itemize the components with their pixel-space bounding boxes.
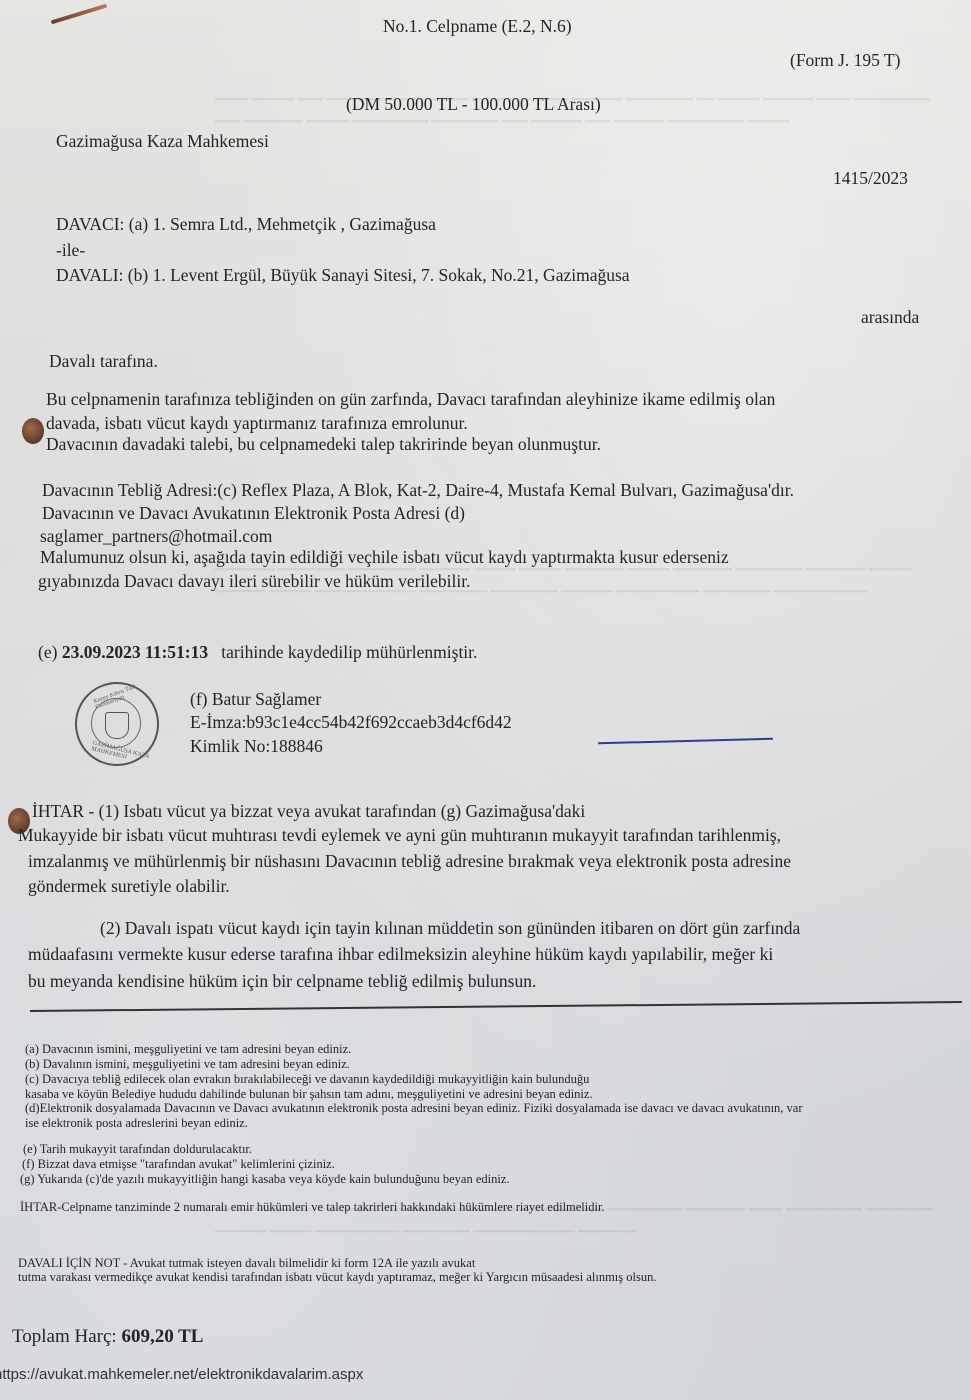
footnote: (g) Yukarıda (c)'de yazılı mukayyitliğin… [20,1172,510,1187]
footnote: ise elektronik posta adreslerini beyan e… [25,1116,248,1131]
summons-paragraph-line: Bu celpnamenin tarafınıza tebliğinden on… [46,389,775,410]
document-title: No.1. Celpname (E.2, N.6) [383,16,572,37]
court-name: Gazimağusa Kaza Mahkemesi [56,131,269,152]
footnote: (a) Davacının ismini, meşguliyetini ve t… [25,1042,351,1057]
amount-range: (DM 50.000 TL - 100.000 TL Arası) [346,94,601,115]
plaintiff: DAVACI: (a) 1. Semra Ltd., Mehmetçik , G… [56,214,436,235]
registration-prefix: (e) [38,642,57,662]
shield-icon [105,712,129,739]
email-address: saglamer_partners@hotmail.com [40,526,272,547]
defendant-note: DAVALI İÇİN NOT - Avukat tutmak isteyen … [18,1256,475,1271]
signature-line [598,738,773,744]
notice-paragraph-2-line: müdaafasını vermekte kusur ederse tarafı… [28,944,773,965]
default-warning-line: Malumunuz olsun ki, aşağıda tayin edildi… [40,547,729,568]
signatory-name: (f) Batur Sağlamer [190,689,321,710]
notice-line: imzalanmış ve mühürlenmiş bir nüshasını … [28,851,791,872]
footnote: (d)Elektronik dosyalamada Davacının ve D… [25,1101,803,1116]
total-fee-label: Toplam Harç: [12,1326,117,1347]
e-signature-hash: E-İmza:b93c1e4cc54b42f692ccaeb3d4cf6d42 [190,712,512,733]
defendant: DAVALI: (b) 1. Levent Ergül, Büyük Sanay… [56,265,630,286]
staple-mark [51,4,108,25]
default-warning-line: gıyabınızda Davacı davayı ileri sürebili… [38,571,471,592]
form-number: (Form J. 195 T) [790,50,901,71]
ihtar-note: İHTAR-Celpname tanziminde 2 numaralı emi… [20,1200,605,1215]
document-page: ━━━━ ━━━━━ ━━━ ━━━━━━━━ ━━━━━ ━━━ ━━━━━━… [0,0,971,1400]
registration-line: (e) 23.09.2023 11:51:13 tarihinde kayded… [38,642,477,663]
summons-paragraph-line: Davacının davadaki talebi, bu celpnamede… [46,434,601,455]
defendant-note: tutma varakası vermedikçe avukat kendisi… [18,1270,656,1285]
service-address: Davacının Tebliğ Adresi:(c) Reflex Plaza… [42,480,794,501]
footnote: kasaba ve köyün Belediye hududu dahilind… [25,1087,593,1102]
notice-paragraph-2-line: (2) Davalı ispatı vücut kaydı için tayin… [100,918,800,939]
email-label: Davacının ve Davacı Avukatının Elektroni… [42,503,465,524]
party-connector: -ile- [56,240,85,261]
total-fee: Toplam Harç: 609,20 TL [12,1326,203,1348]
source-url-link[interactable]: https://avukat.mahkemeler.net/elektronik… [0,1366,363,1383]
notice-line: İHTAR - (1) Isbatı vücut ya bizzat veya … [32,801,585,822]
registration-suffix: tarihinde kaydedilip mühürlenmiştir. [221,642,477,662]
addressee: Davalı tarafına. [49,351,158,372]
section-divider [30,1001,962,1012]
punch-hole [22,418,44,444]
summons-paragraph-line: davada, isbatı vücut kaydı yaptırmanız t… [46,413,468,434]
signatory-id: Kimlik No:188846 [190,736,323,757]
registration-datetime: 23.09.2023 11:51:13 [62,642,208,662]
court-seal-icon: Kuzey Kıbrıs Türk Cumhuriyeti GAZİMAĞUSA… [75,682,159,766]
notice-line: Mukayyide bir isbatı vücut muhtırası tev… [18,825,781,846]
notice-paragraph-2-line: bu meyanda kendisine hüküm için bir celp… [28,971,536,992]
between-label: arasında [861,307,919,328]
footnote: (c) Davacıya tebliğ edilecek olan evrakı… [25,1072,589,1087]
case-number: 1415/2023 [833,168,908,189]
total-fee-value: 609,20 TL [121,1326,203,1347]
footnote: (f) Bizzat dava etmişse "tarafından avuk… [22,1157,335,1172]
footnote: (b) Davalının ismini, meşguliyetini ve t… [25,1057,350,1072]
footnote: (e) Tarih mukayyit tarafından doldurulac… [23,1142,252,1157]
notice-line: göndermek suretiyle olabilir. [28,876,230,897]
